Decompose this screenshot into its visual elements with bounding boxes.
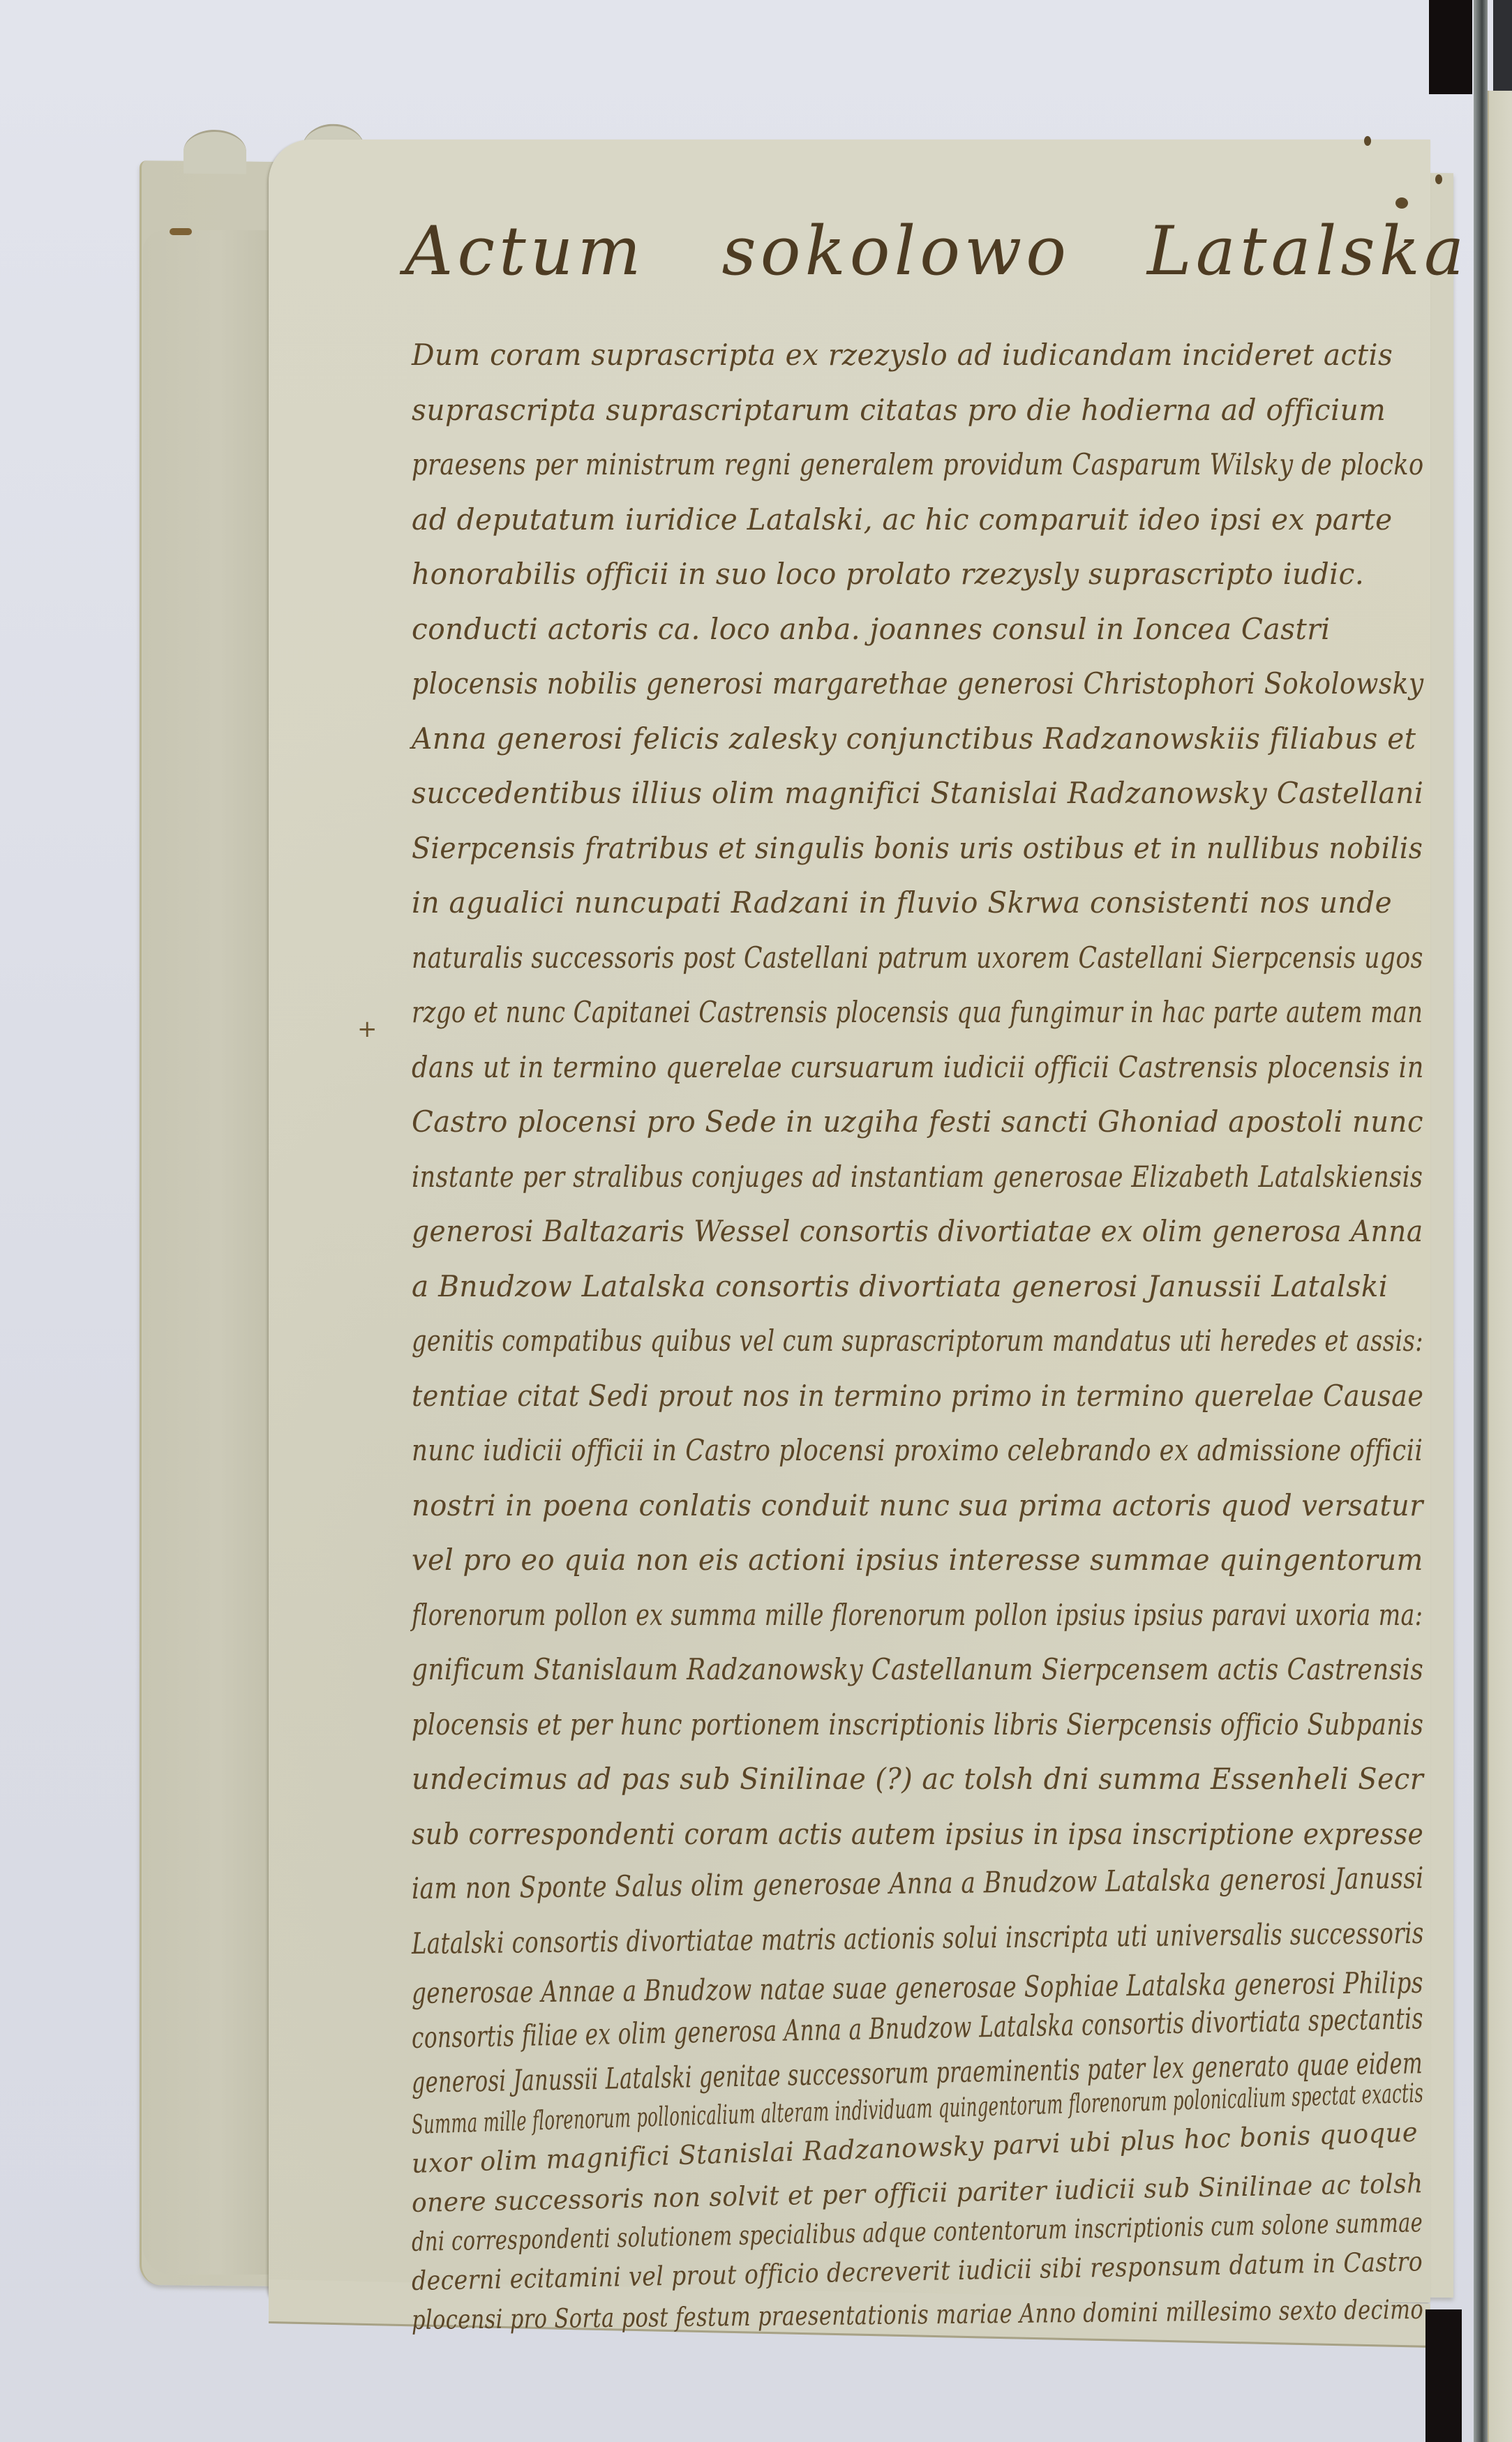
text-line: Dum coram suprascripta ex rzezyslo ad iu… [412,328,1424,383]
ink-spot [1435,174,1442,184]
text-line: honorabilis officii in suo loco prolato … [412,547,1424,602]
text-line: plocensis et per hunc portionem inscript… [412,1698,1282,1753]
title-word: Latalska [1147,209,1468,293]
text-line: plocensis nobilis generosi margarethae g… [412,657,1351,712]
text-line: plocensi pro Sorta post festum praesenta… [412,2291,1250,2339]
text-line: Anna generosi felicis zalesky conjunctib… [412,712,1424,767]
text-line: undecimus ad pas sub Sinilinae (?) ac to… [412,1752,1404,1807]
text-line: iam non Sponte Salus olim generosae Anna… [412,1852,1271,1916]
document-title: ActumsokolowoLatalska [405,209,1416,293]
ink-spot [1364,136,1371,146]
manuscript-body: Dum coram suprascripta ex rzezyslo ad iu… [412,328,1458,2339]
torn-edge-tab [184,130,246,174]
binding-rail [1474,0,1488,2442]
text-line: dans ut in termino querelae cursuarum iu… [412,1040,1328,1095]
adjacent-page-edge [1488,91,1512,2442]
text-line: ad deputatum iuridice Latalski, ac hic c… [412,493,1424,548]
text-line: tentiae citat Sedi prout nos in termino … [412,1369,1363,1424]
text-line: gnificum Stanislaum Radzanowsky Castella… [412,1642,1305,1698]
text-line: instante per stralibus conjuges ad insta… [412,1150,1282,1205]
margin-cross-mark: + [357,1015,377,1043]
text-line: succedentibus illius olim magnifici Stan… [412,766,1424,821]
text-line: conducti actoris ca. loco anba. joannes … [412,602,1424,657]
text-line: Castro plocensi pro Sede in uzgiha festi… [412,1095,1414,1150]
binding-rail-cap [1493,0,1512,91]
text-line: generosi Baltazaris Wessel consortis div… [412,1204,1386,1259]
binding-strip-top [1429,0,1472,94]
text-line: vel pro eo quia non eis actioni ipsius i… [412,1533,1405,1588]
text-line: a Bnudzow Latalska consortis divortiata … [412,1259,1424,1314]
worm-hole [1395,197,1408,209]
text-line: nunc iudicii officii in Castro plocensi … [412,1423,1301,1478]
text-line: suprascripta suprascriptarum citatas pro… [412,383,1424,438]
text-line: in agualici nuncupati Radzani in fluvio … [412,876,1424,931]
title-word: sokolowo [722,209,1071,293]
margin-dash-mark [170,228,192,235]
text-line: rzgo et nunc Capitanei Castrensis plocen… [412,985,1255,1040]
text-line: Sierpcensis fratribus et singulis bonis … [412,821,1389,876]
text-line: nostri in poena conlatis conduit nunc su… [412,1478,1408,1534]
text-line: naturalis successoris post Castellani pa… [412,931,1274,986]
title-word: Actum [405,209,645,293]
text-line: praesens per ministrum regni generalem p… [412,437,1289,493]
text-line: florenorum pollon ex summa mille floreno… [412,1588,1241,1643]
text-line: Latalski consortis divortiatae matris ac… [412,1908,1218,1971]
folded-flap [143,230,270,2275]
text-line: genitis compatibus quibus vel cum supras… [412,1314,1250,1369]
